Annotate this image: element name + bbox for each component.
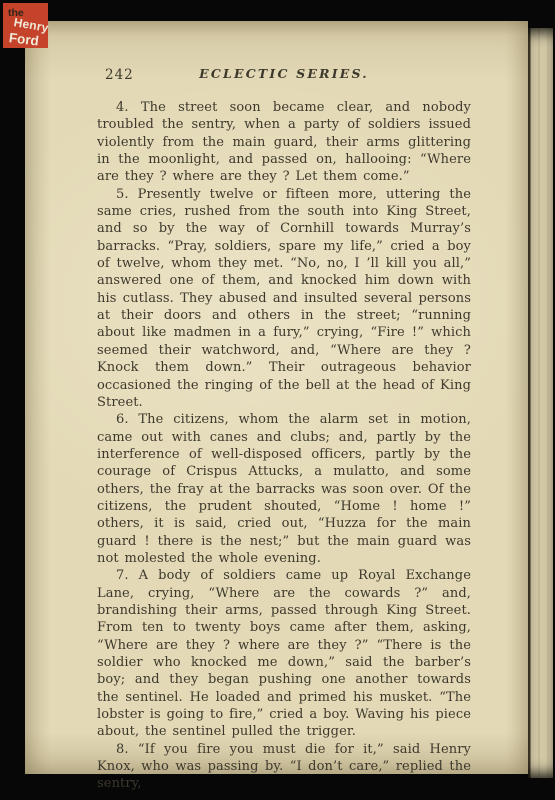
page-number: 242 [105,67,134,83]
page-text: 4. The street soon became clear, and nob… [97,99,471,793]
book-fore-edge [528,28,553,778]
page-header: 242 ECLECTIC SERIES. [97,66,471,82]
book-page: 242 ECLECTIC SERIES. 4. The street soon … [25,21,528,774]
henry-ford-logo: the Henry Ford [3,3,48,48]
paragraph-6: 6. The citizens, whom the alarm set in m… [97,411,471,567]
paragraph-4: 4. The street soon became clear, and nob… [97,99,471,186]
running-head: ECLECTIC SERIES. [97,66,471,81]
paragraph-5: 5. Presently twelve or fifteen more, utt… [97,186,471,411]
page-content: 242 ECLECTIC SERIES. 4. The street soon … [97,66,471,793]
paragraph-8: 8. “If you fire you must die for it,” sa… [97,741,471,793]
logo-text-ford: Ford [8,30,40,49]
photo-stage: 242 ECLECTIC SERIES. 4. The street soon … [0,0,555,800]
paragraph-7: 7. A body of soldiers came up Royal Exch… [97,567,471,740]
scan-background: { "colors": { "background": "#070707", "… [0,0,555,800]
